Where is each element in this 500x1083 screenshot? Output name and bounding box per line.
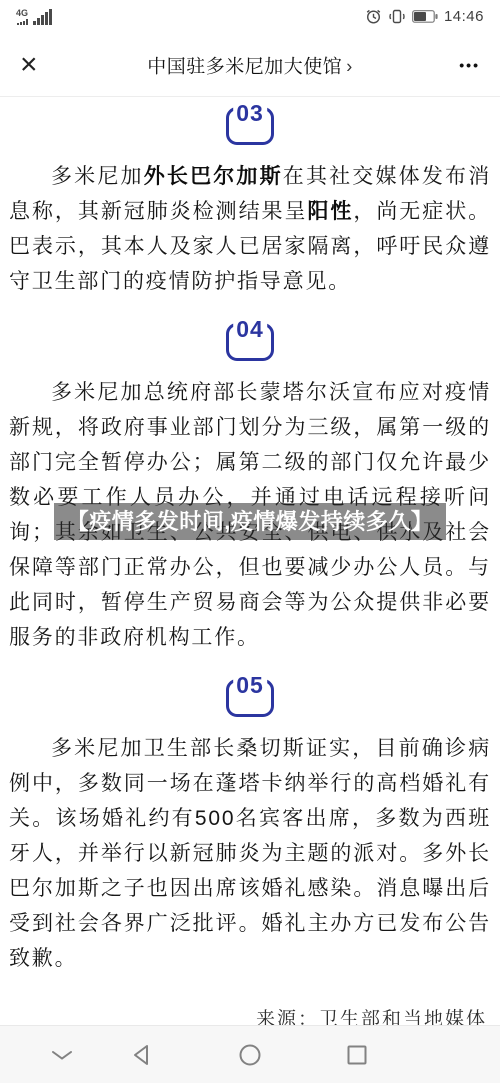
text-run-bold: 外长巴尔加斯 (144, 165, 283, 188)
network-type-label: 4G (16, 9, 28, 18)
signal-bars-icon (33, 9, 52, 25)
chevron-right-icon: › (346, 56, 353, 76)
section-badge-03: 03 (226, 107, 274, 145)
paragraph-03: 多米尼加外长巴尔加斯在其社交媒体发布消息称，其新冠肺炎检测结果呈阳性，尚无症状。… (9, 159, 491, 299)
page-title-text: 中国驻多米尼加大使馆 (147, 56, 342, 77)
section-badge-04: 04 (226, 323, 274, 361)
section-badge-number: 05 (233, 673, 267, 698)
status-bar: 4G (0, 0, 500, 33)
bottom-nav-bar (0, 1025, 500, 1083)
text-run-bold: 阳性 (307, 200, 353, 223)
section-badge-row: 04 (9, 323, 491, 365)
section-badge-number: 04 (233, 317, 267, 342)
nav-bar: × 中国驻多米尼加大使馆› ••• (0, 33, 500, 97)
recents-icon[interactable] (337, 1035, 377, 1075)
section-badge-row: 03 (9, 107, 491, 149)
sim1-signal-bars-icon (17, 19, 28, 25)
phone-screen: 4G (0, 0, 500, 1083)
watermark-overlay: 【疫情多发时间,疫情爆发持续多久】 (54, 503, 446, 540)
text-run: 多米尼加 (51, 165, 144, 188)
home-icon[interactable] (230, 1035, 270, 1075)
status-right: 14:46 (365, 8, 484, 25)
alarm-icon (365, 8, 382, 25)
close-icon[interactable]: × (20, 50, 38, 80)
status-left: 4G (16, 8, 52, 25)
network-type: 4G (16, 9, 28, 25)
article-content: 03 多米尼加外长巴尔加斯在其社交媒体发布消息称，其新冠肺炎检测结果呈阳性，尚无… (0, 107, 500, 1031)
battery-icon (412, 10, 438, 23)
text-run: 多米尼加卫生部长桑切斯证实，目前确诊病例中，多数同一场在蓬塔卡纳举行的高档婚礼有… (9, 737, 491, 970)
section-badge-05: 05 (226, 679, 274, 717)
page-title[interactable]: 中国驻多米尼加大使馆› (147, 51, 353, 78)
more-menu-icon[interactable]: ••• (459, 57, 480, 73)
hide-navbar-icon[interactable] (42, 1035, 82, 1075)
vibrate-icon (388, 8, 406, 25)
clock-time: 14:46 (444, 8, 484, 25)
section-badge-row: 05 (9, 679, 491, 721)
back-icon[interactable] (122, 1035, 162, 1075)
paragraph-05: 多米尼加卫生部长桑切斯证实，目前确诊病例中，多数同一场在蓬塔卡纳举行的高档婚礼有… (9, 731, 491, 976)
section-badge-number: 03 (233, 101, 267, 126)
